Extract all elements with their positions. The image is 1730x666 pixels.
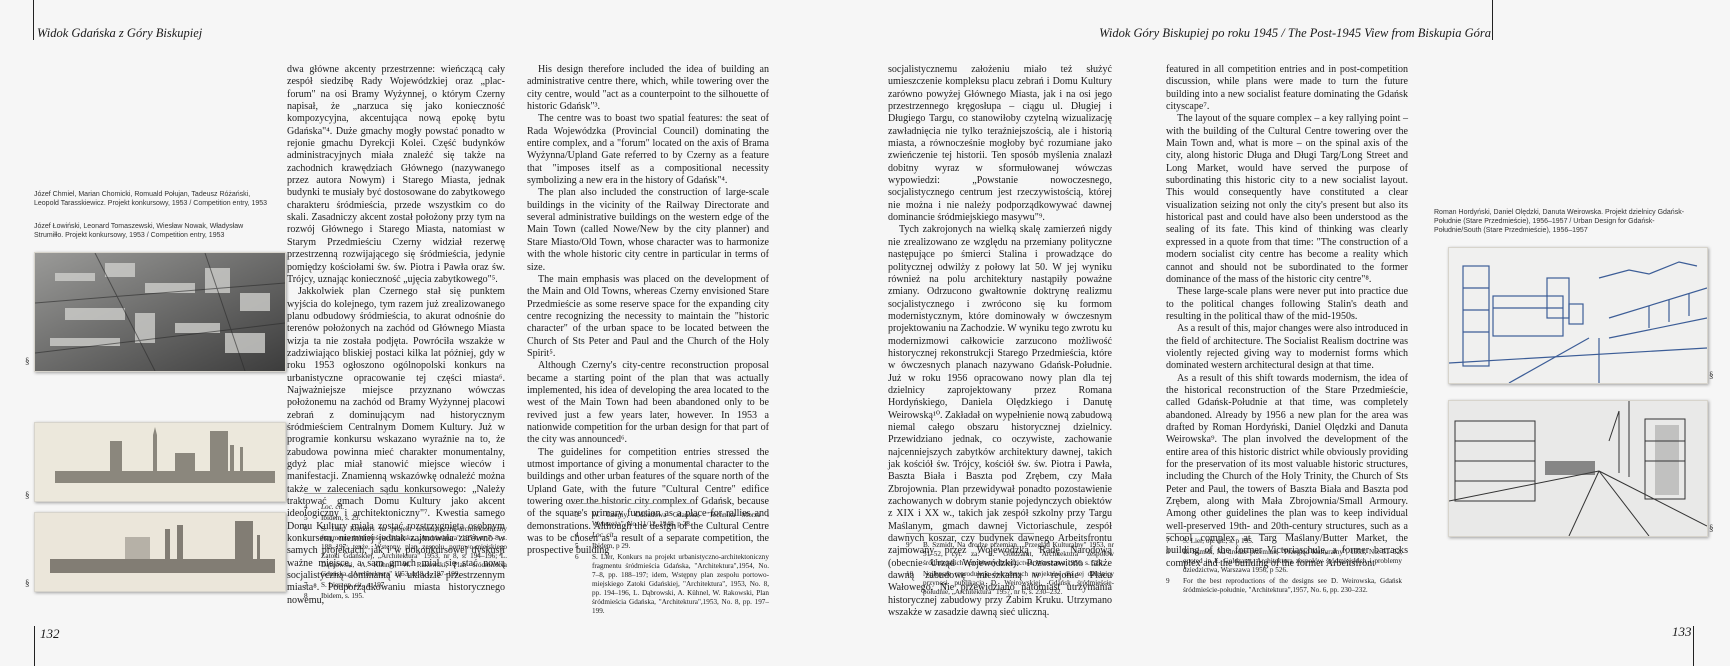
skyline-sketch-image-2 — [35, 513, 285, 591]
paragraph: These large-scale plans were never put i… — [1166, 286, 1408, 323]
footnote: 5Ibidem, p 29. — [575, 542, 769, 551]
paragraph: The centre was to boast two spatial feat… — [527, 113, 769, 187]
paragraph: The plan also included the construction … — [527, 187, 769, 273]
paragraph: dwa główne akcenty przestrzenne: wieńczą… — [287, 64, 505, 286]
paragraph: His design therefore included the idea o… — [527, 64, 769, 113]
left-folio-rule — [34, 626, 35, 666]
skyline-sketch-image-1 — [35, 423, 285, 501]
paragraph: socjalistycznemu założeniu miało też słu… — [888, 64, 1112, 224]
footnote: 10Najlepsze reprodukcje ówczesnych proje… — [906, 570, 1114, 597]
footnote: 5Ibidem, s. 29. — [304, 514, 507, 523]
left-header-rule — [33, 0, 34, 40]
left-page-number: 132 — [40, 626, 60, 642]
left-polish-footnote-rule — [304, 493, 432, 494]
paragraph: featured in all competition entries and … — [1166, 64, 1408, 113]
figure-caption-1: Józef Chmiel, Marian Chomicki, Romuald P… — [34, 190, 274, 208]
figure-marker-2: § — [25, 490, 30, 500]
right-polish-column: socjalistycznemu założeniu miało też słu… — [888, 64, 1112, 619]
right-polish-footnote-rule — [906, 533, 1034, 534]
figure-marker-5: § — [1709, 523, 1714, 533]
left-english-footnote-rule — [567, 503, 695, 504]
figure-blue-sketch — [1448, 247, 1708, 384]
aerial-model-image — [35, 253, 285, 371]
left-running-head: Widok Gdańska z Góry Biskupiej — [37, 26, 202, 41]
right-header-rule — [1492, 0, 1493, 40]
footnote: 6S. Lier, Konkurs na projekt urbanistycz… — [304, 525, 507, 579]
paragraph: As a result of this, major changes were … — [1166, 323, 1408, 372]
footnote: 4Loc. cit. — [575, 531, 769, 540]
footnote: 6S. Lier, Konkurs na projekt urbanistycz… — [575, 553, 769, 616]
figure-caption-2: Józef Łowiński, Leonard Tomaszewski, Wie… — [34, 222, 274, 240]
figure-skyline-sketch-1 — [34, 422, 286, 502]
figure-marker-3: § — [25, 578, 30, 588]
left-english-footnotes: 3W. Czerny, Odbudowa Gdańska, "Technika … — [575, 511, 769, 618]
right-english-footnote-rule — [1166, 533, 1294, 534]
right-running-head: Widok Góry Biskupiej po roku 1945 / The … — [1099, 26, 1491, 41]
footnote: 7S. Lier, op. cit., s. p 195. — [1166, 537, 1402, 546]
footnote: 8B. Szmidt, Na drodze przemian, "Przeglą… — [1166, 548, 1402, 575]
blue-sketch-image — [1449, 248, 1707, 383]
figure-caption-right: Roman Hordyński, Daniel Olędzki, Danuta … — [1434, 208, 1696, 236]
right-page-number: 133 — [1672, 624, 1692, 640]
street-sketch-image — [1449, 401, 1707, 536]
right-folio-rule — [1693, 626, 1694, 666]
paragraph: Although Czerny's city-centre reconstruc… — [527, 360, 769, 446]
footnote: 7S. Lier, op. cit., s. 197. — [304, 581, 507, 590]
footnote: 9For the best reproductions of the desig… — [1166, 577, 1402, 595]
figure-street-sketch — [1448, 400, 1708, 537]
left-english-column: His design therefore included the idea o… — [527, 64, 769, 558]
footnote: 4Loc. cit. — [304, 503, 507, 512]
right-english-footnotes: 7S. Lier, op. cit., s. p 195. 8B. Szmidt… — [1166, 537, 1402, 597]
figure-skyline-sketch-2 — [34, 512, 286, 592]
left-polish-footnotes: 4Loc. cit. 5Ibidem, s. 29. 6S. Lier, Kon… — [304, 503, 507, 603]
footnote: 8Ibidem, s. 195. — [304, 592, 507, 601]
right-english-column: featured in all competition entries and … — [1166, 64, 1408, 570]
footnote: 9B. Szmidt, Na drodze przemian, „Przeglą… — [906, 541, 1114, 568]
footnote: 3W. Czerny, Odbudowa Gdańska, "Technika … — [575, 511, 769, 529]
paragraph: The layout of the square complex – a key… — [1166, 113, 1408, 286]
figure-marker-4: § — [1709, 370, 1714, 380]
paragraph: The main emphasis was placed on the deve… — [527, 274, 769, 360]
figure-aerial-model — [34, 252, 286, 372]
right-polish-footnotes: 9B. Szmidt, Na drodze przemian, „Przeglą… — [906, 541, 1114, 599]
figure-marker-1: § — [25, 356, 30, 366]
